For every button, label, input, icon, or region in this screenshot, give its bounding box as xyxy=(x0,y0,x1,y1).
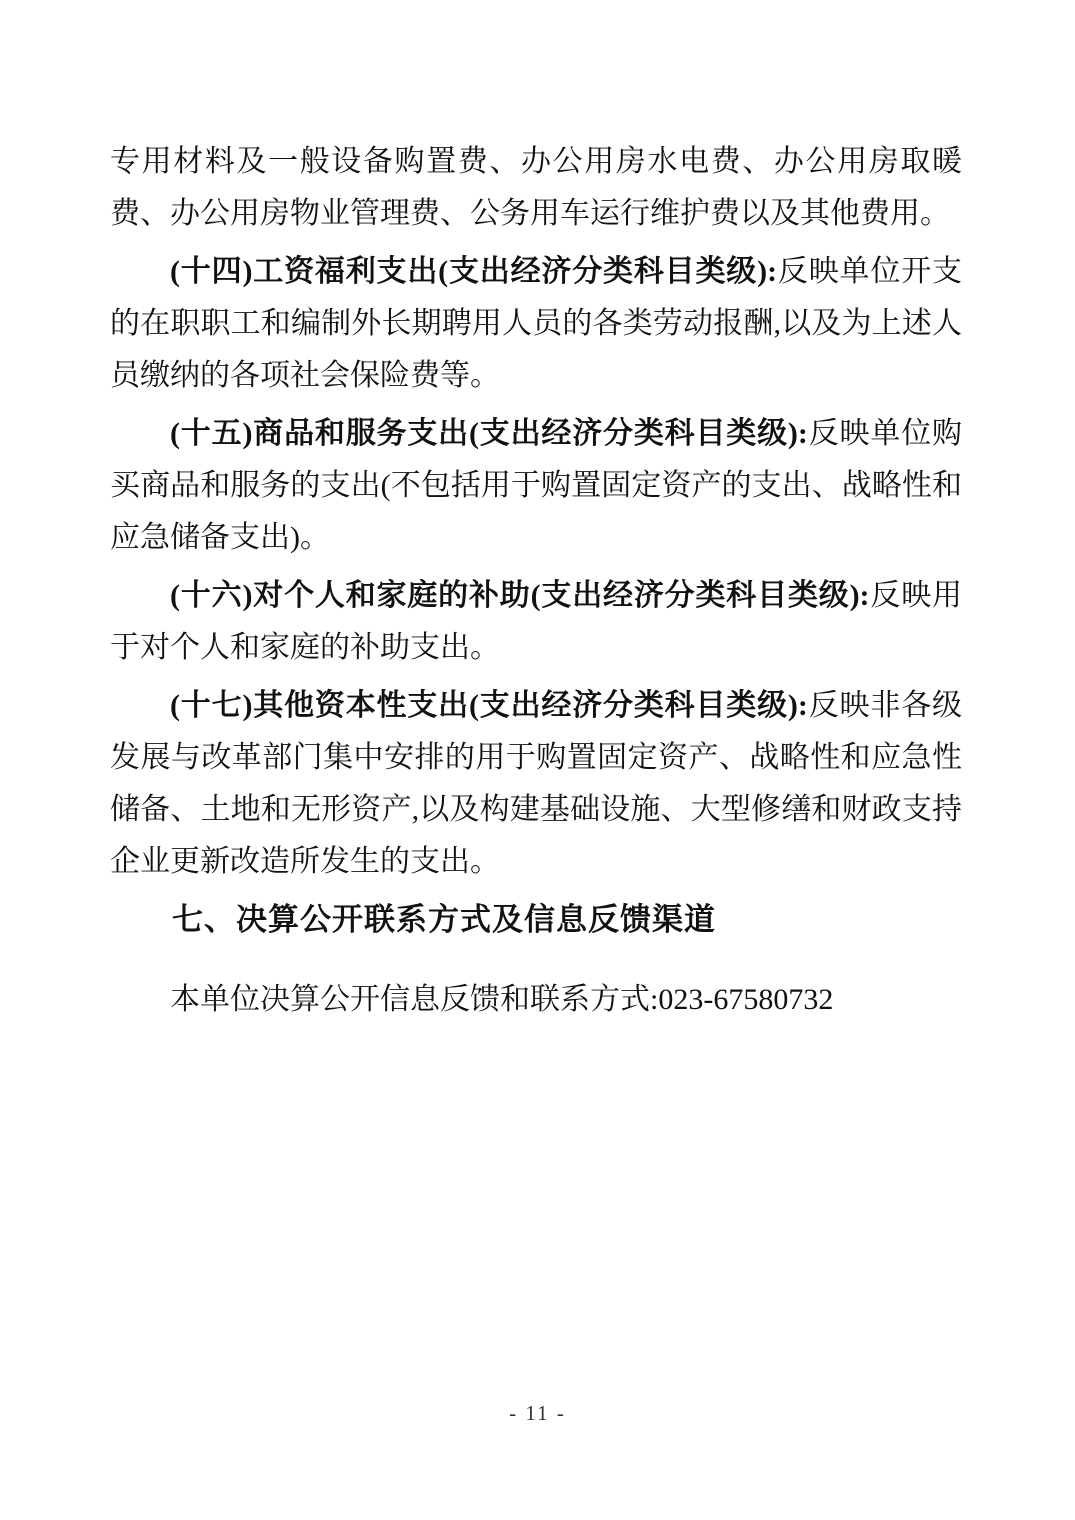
section-heading: 七、决算公开联系方式及信息反馈渠道 xyxy=(110,894,962,946)
document-page: 专用材料及一般设备购置费、办公用房水电费、办公用房取暖费、办公用房物业管理费、公… xyxy=(0,0,1075,1520)
paragraph-continuation: 专用材料及一般设备购置费、办公用房水电费、办公用房取暖费、办公用房物业管理费、公… xyxy=(110,136,962,240)
paragraph-lead: (十四)工资福利支出(支出经济分类科目类级): xyxy=(170,255,777,288)
paragraph-lead: (十五)商品和服务支出(支出经济分类科目类级): xyxy=(170,417,808,450)
paragraph-item-17: (十七)其他资本性支出(支出经济分类科目类级):反映非各级发展与改革部门集中安排… xyxy=(110,680,962,888)
paragraph-item-14: (十四)工资福利支出(支出经济分类科目类级):反映单位开支的在职职工和编制外长期… xyxy=(110,246,962,402)
document-content: 专用材料及一般设备购置费、办公用房水电费、办公用房取暖费、办公用房物业管理费、公… xyxy=(110,136,962,1026)
paragraph-lead: (十六)对个人和家庭的补助(支出经济分类科目类级): xyxy=(170,579,870,612)
page-number: - 11 - xyxy=(0,1401,1075,1426)
contact-line: 本单位决算公开信息反馈和联系方式:023-67580732 xyxy=(110,974,962,1026)
paragraph-item-16: (十六)对个人和家庭的补助(支出经济分类科目类级):反映用于对个人和家庭的补助支… xyxy=(110,570,962,674)
paragraph-lead: (十七)其他资本性支出(支出经济分类科目类级): xyxy=(170,689,808,722)
paragraph-item-15: (十五)商品和服务支出(支出经济分类科目类级):反映单位购买商品和服务的支出(不… xyxy=(110,408,962,564)
